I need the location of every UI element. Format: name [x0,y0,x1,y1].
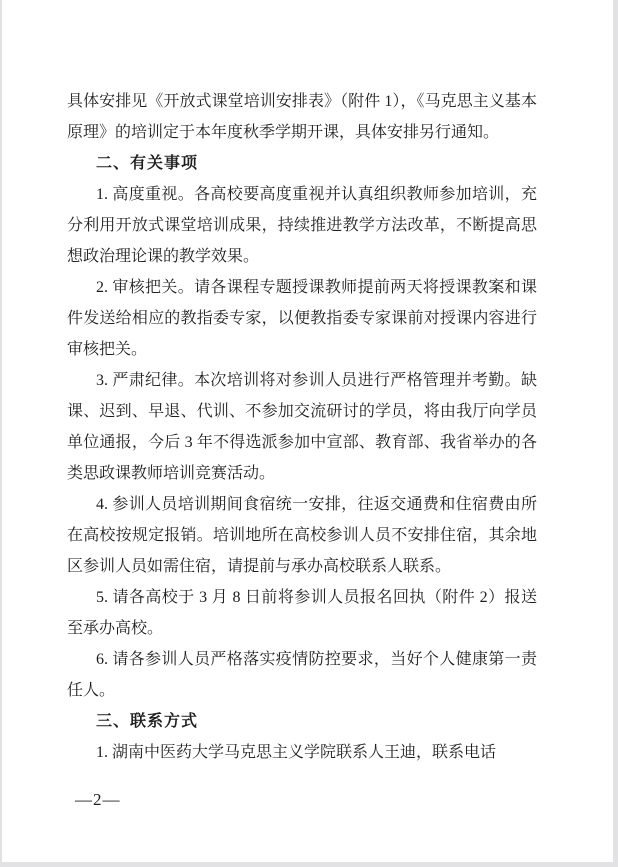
item-2-review-check: 2. 审核把关。请各课程专题授课教师提前两天将授课教案和课件发送给相应的教指委专… [67,272,537,365]
scanned-document-canvas: 具体安排见《开放式课堂培训安排表》（附件 1），《马克思主义基本原理》的培训定于… [0,0,618,867]
item-1-attach-importance: 1. 高度重视。各高校要高度重视并认真组织教师参加培训，充分利用开放式课堂培训成… [67,179,537,272]
item-6-epidemic-prevention: 6. 请各参训人员严格落实疫情防控要求，当好个人健康第一责任人。 [67,644,537,706]
document-text-block: 具体安排见《开放式课堂培训安排表》（附件 1），《马克思主义基本原理》的培训定于… [67,86,537,768]
item-4-board-and-lodging: 4. 参训人员培训期间食宿统一安排，往返交通费和住宿费由所在高校按规定报销。培训… [67,489,537,582]
item-5-registration-receipt: 5. 请各高校于 3 月 8 日前将参训人员报名回执（附件 2）报送至承办高校。 [67,582,537,644]
item-contact-person: 1. 湖南中医药大学马克思主义学院联系人王迪，联系电话 [67,737,537,768]
item-3-strict-discipline: 3. 严肃纪律。本次培训将对参训人员进行严格管理并考勤。缺课、迟到、早退、代训、… [67,365,537,489]
section-heading-contact-info: 三、联系方式 [67,706,537,737]
document-page: 具体安排见《开放式课堂培训安排表》（附件 1），《马克思主义基本原理》的培训定于… [2,0,613,862]
paragraph-continuation: 具体安排见《开放式课堂培训安排表》（附件 1），《马克思主义基本原理》的培训定于… [67,86,537,148]
page-number: —2— [75,790,121,810]
section-heading-related-matters: 二、有关事项 [67,148,537,179]
